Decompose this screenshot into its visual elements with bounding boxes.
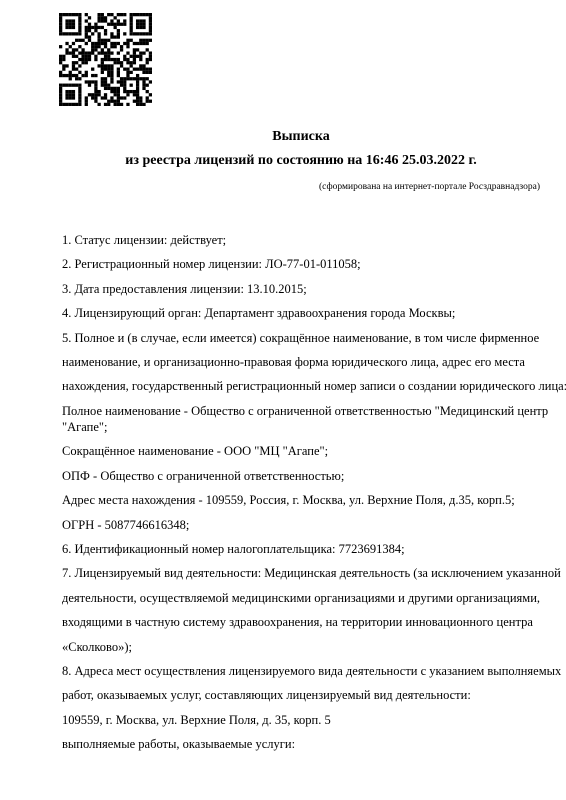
document-body: 1. Статус лицензии: действует;2. Регистр… (62, 228, 562, 757)
document-paragraph: 7. Лицензируемый вид деятельности: Медиц… (62, 561, 562, 659)
document-paragraph: 3. Дата предоставления лицензии: 13.10.2… (62, 277, 562, 301)
generated-on-portal-note: (сформирована на интернет-портале Росздр… (62, 181, 540, 193)
document-paragraph: 8. Адреса мест осуществления лицензируем… (62, 659, 562, 708)
qr-code-icon (59, 13, 152, 106)
document-paragraph: выполняемые работы, оказываемые услуги: (62, 732, 562, 756)
document-title: Выписка (62, 129, 540, 145)
document-paragraph: Сокращённое наименование - ООО "МЦ "Агап… (62, 439, 562, 463)
document-paragraph: ОГРН - 5087746616348; (62, 513, 562, 537)
document-paragraph: 6. Идентификационный номер налогоплатель… (62, 537, 562, 561)
document-paragraph: 5. Полное и (в случае, если имеется) сок… (62, 326, 562, 399)
document-paragraph: Полное наименование - Общество с огранич… (62, 403, 562, 435)
document-page: Выписка из реестра лицензий по состоянию… (0, 0, 566, 800)
document-subtitle: из реестра лицензий по состоянию на 16:4… (62, 153, 540, 169)
document-paragraph: ОПФ - Общество с ограниченной ответствен… (62, 464, 562, 488)
document-paragraph: 109559, г. Москва, ул. Верхние Поля, д. … (62, 708, 562, 732)
document-paragraph: Адрес места нахождения - 109559, Россия,… (62, 488, 562, 512)
document-paragraph: 2. Регистрационный номер лицензии: ЛО-77… (62, 252, 562, 276)
document-paragraph: 4. Лицензирующий орган: Департамент здра… (62, 301, 562, 325)
document-paragraph: 1. Статус лицензии: действует; (62, 228, 562, 252)
